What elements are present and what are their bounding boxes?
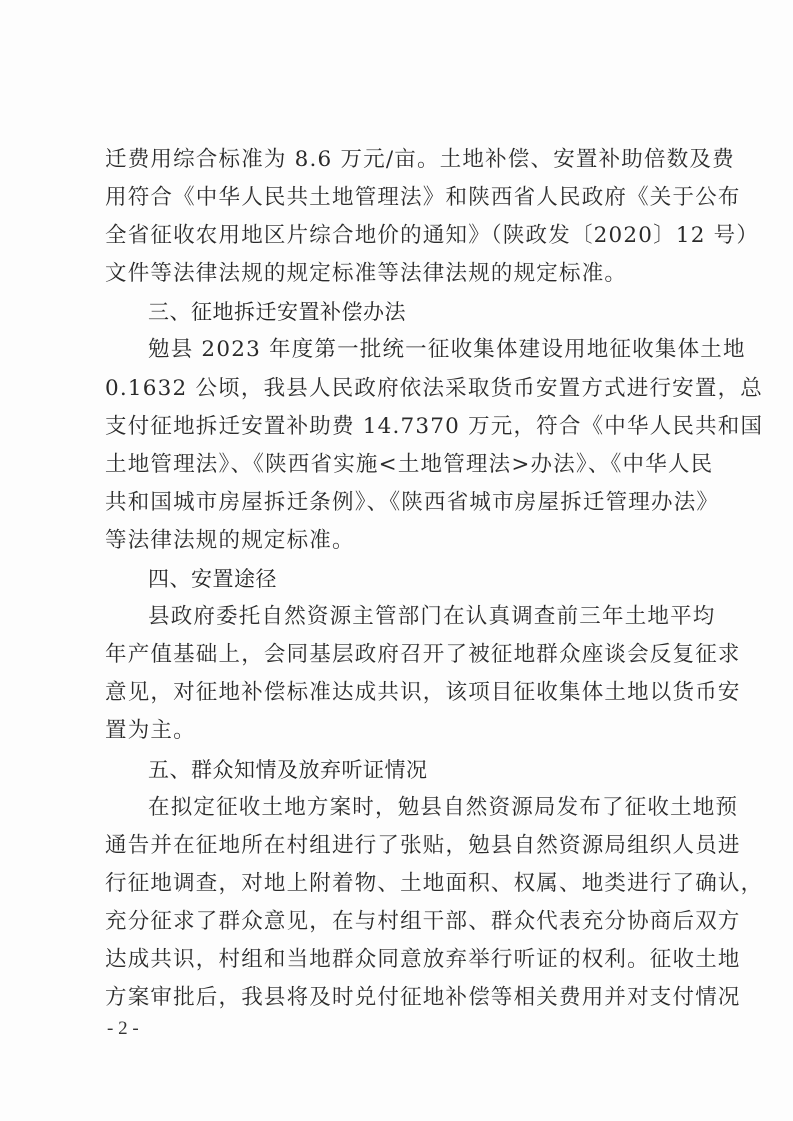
section-heading-5: 五、群众知情及放弃听证情况 bbox=[105, 751, 689, 789]
text-line: 方案审批后，我县将及时兑付征地补偿等相关费用并对支付情况 bbox=[105, 979, 689, 1017]
section-heading-3: 三、征地拆迁安置补偿办法 bbox=[105, 293, 689, 331]
text-line: 行征地调查，对地上附着物、土地面积、权属、地类进行了确认， bbox=[105, 865, 689, 903]
section-heading-4: 四、安置途径 bbox=[105, 560, 689, 598]
text-line: 置为主。 bbox=[105, 712, 689, 750]
page-number: - 2 - bbox=[107, 1018, 139, 1040]
text-line: 用符合《中华人民共土地管理法》和陕西省人民政府《关于公布 bbox=[105, 179, 689, 217]
text-line: 等法律法规的规定标准。 bbox=[105, 522, 689, 560]
text-line: 迁费用综合标准为 8.6 万元/亩。土地补偿、安置补助倍数及费 bbox=[105, 141, 689, 179]
text-line: 土地管理法》、《陕西省实施<土地管理法>办法》、《中华人民 bbox=[105, 446, 689, 484]
text-line: 年产值基础上，会同基层政府召开了被征地群众座谈会反复征求 bbox=[105, 636, 689, 674]
document-page: 迁费用综合标准为 8.6 万元/亩。土地补偿、安置补助倍数及费 用符合《中华人民… bbox=[0, 0, 793, 1121]
text-line: 全省征收农用地区片综合地价的通知》（陕政发〔2020〕12 号） bbox=[105, 217, 689, 255]
document-body: 迁费用综合标准为 8.6 万元/亩。土地补偿、安置补助倍数及费 用符合《中华人民… bbox=[105, 141, 689, 1017]
text-line: 支付征地拆迁安置补助费 14.7370 万元，符合《中华人民共和国 bbox=[105, 408, 689, 446]
text-line: 县政府委托自然资源主管部门在认真调查前三年土地平均 bbox=[105, 598, 689, 636]
text-line: 在拟定征收土地方案时，勉县自然资源局发布了征收土地预 bbox=[105, 789, 689, 827]
text-line: 达成共识，村组和当地群众同意放弃举行听证的权利。征收土地 bbox=[105, 941, 689, 979]
text-line: 意见，对征地补偿标准达成共识，该项目征收集体土地以货币安 bbox=[105, 674, 689, 712]
text-line: 通告并在征地所在村组进行了张贴，勉县自然资源局组织人员进 bbox=[105, 827, 689, 865]
text-line: 勉县 2023 年度第一批统一征收集体建设用地征收集体土地 bbox=[105, 331, 689, 369]
text-line: 0.1632 公顷，我县人民政府依法采取货币安置方式进行安置，总 bbox=[105, 370, 689, 408]
text-line: 文件等法律法规的规定标准等法律法规的规定标准。 bbox=[105, 255, 689, 293]
text-line: 共和国城市房屋拆迁条例》、《陕西省城市房屋拆迁管理办法》 bbox=[105, 484, 689, 522]
text-line: 充分征求了群众意见，在与村组干部、群众代表充分协商后双方 bbox=[105, 903, 689, 941]
